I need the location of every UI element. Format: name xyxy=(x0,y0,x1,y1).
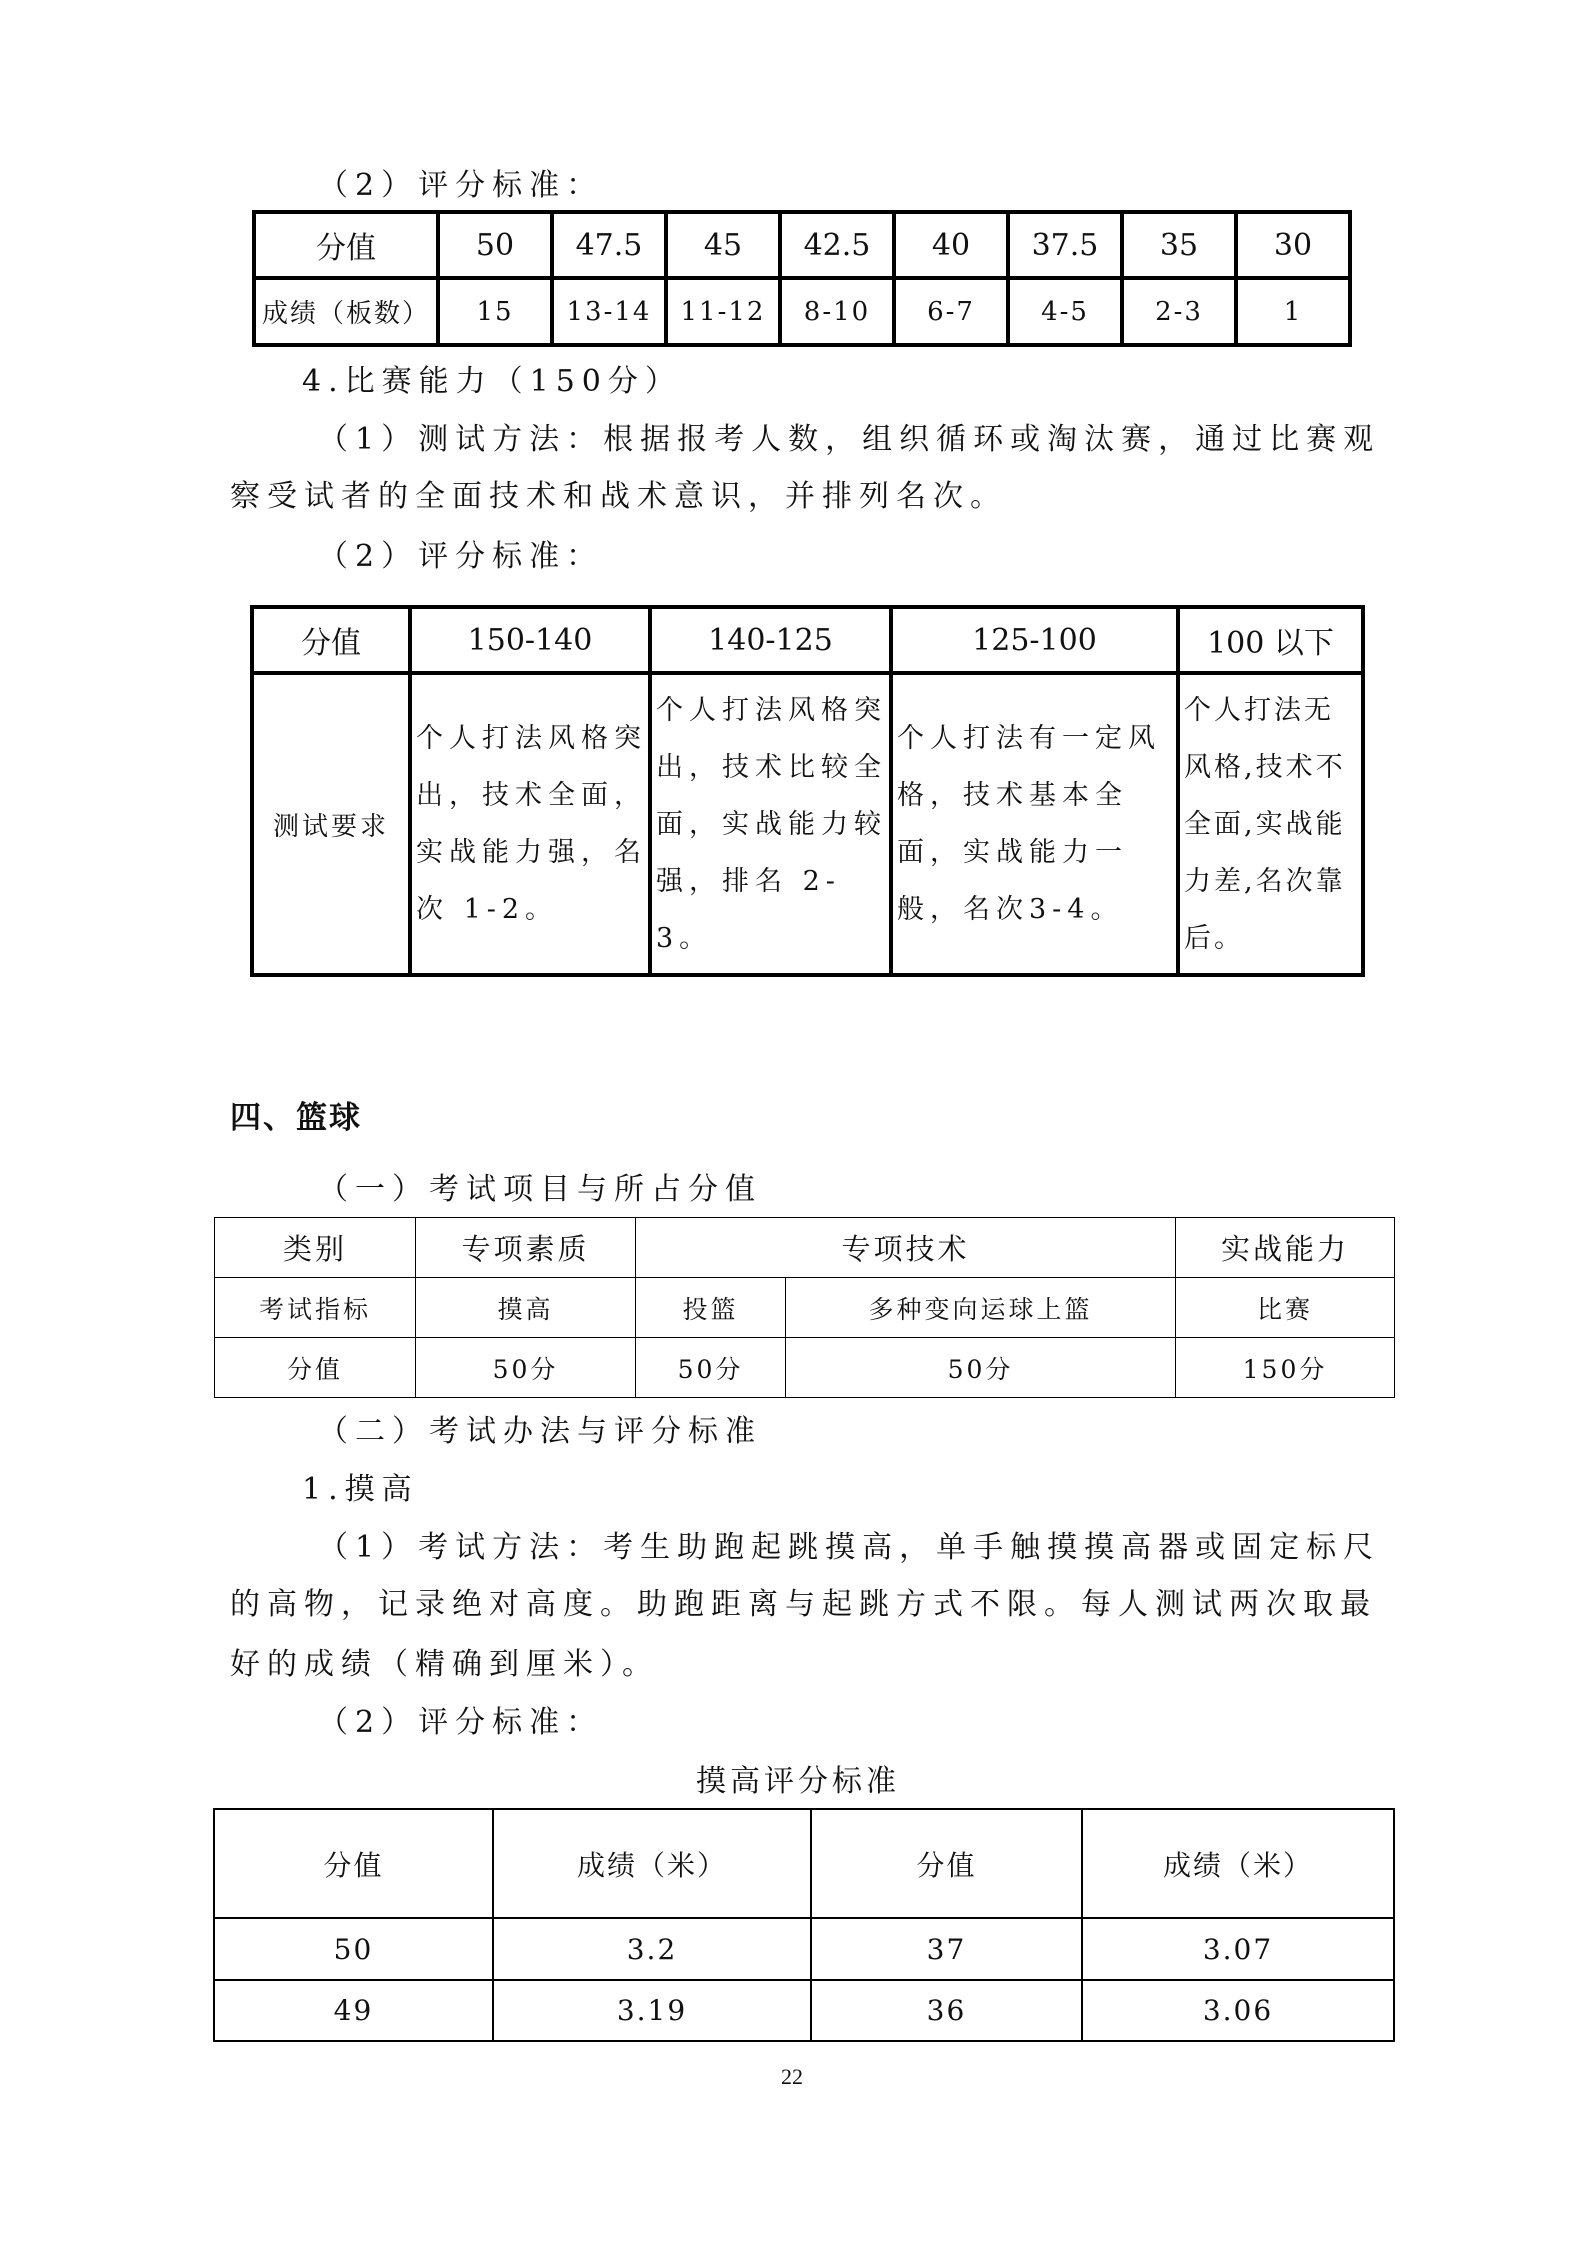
table-cell: 3.2 xyxy=(493,1918,811,1980)
table-cell: 150分 xyxy=(1176,1338,1395,1398)
table-row: 类别 专项素质 专项技术 实战能力 xyxy=(215,1218,1395,1278)
table-cell: 45 xyxy=(666,212,780,278)
table-cell: 4-5 xyxy=(1008,278,1122,345)
competition-method-line1: （1）测试方法：根据报考人数，组织循环或淘汰赛，通过比赛观 xyxy=(318,420,1380,460)
table-cell: 多种变向运球上篮 xyxy=(786,1278,1176,1338)
board-count-scoring-table: 分值 50 47.5 45 42.5 40 37.5 35 30 成绩（板数） … xyxy=(252,210,1352,347)
table-header: 专项素质 xyxy=(416,1218,636,1278)
requirement-cell: 个人打法风格突出，技术比较全面，实战能力较强，排名 2-3。 xyxy=(650,673,891,975)
table-header: 140-125 xyxy=(650,607,891,673)
table-cell: 15 xyxy=(438,278,552,345)
table-cell-label: 成绩（板数） xyxy=(254,278,438,345)
table-row: 分值 50分 50分 50分 150分 xyxy=(215,1338,1395,1398)
section-title: 四、篮球 xyxy=(230,1092,362,1137)
table-cell: 49 xyxy=(214,1980,493,2041)
table-cell: 3.06 xyxy=(1082,1980,1394,2041)
scoring-standard-label: （2）评分标准： xyxy=(318,166,603,206)
table-cell: 42.5 xyxy=(780,212,894,278)
table-header: 分值 xyxy=(214,1809,493,1918)
table-row: 分值 成绩（米） 分值 成绩（米） xyxy=(214,1809,1394,1918)
table-header: 100 以下 xyxy=(1178,607,1363,673)
table-header: 实战能力 xyxy=(1176,1218,1395,1278)
table-cell: 36 xyxy=(811,1980,1082,2041)
table-cell: 50 xyxy=(214,1918,493,1980)
page-number: 22 xyxy=(781,2064,803,2090)
table-cell: 3.07 xyxy=(1082,1918,1394,1980)
table-cell-label: 分值 xyxy=(254,212,438,278)
touch-table-title: 摸高评分标准 xyxy=(696,1762,900,1802)
table-row: 分值 50 47.5 45 42.5 40 37.5 35 30 xyxy=(254,212,1350,278)
table-cell: 比赛 xyxy=(1176,1278,1395,1338)
competition-scoring-table: 分值 150-140 140-125 125-100 100 以下 测试要求 个… xyxy=(250,605,1365,977)
table-cell-label: 考试指标 xyxy=(215,1278,416,1338)
requirement-cell: 个人打法风格突出，技术全面，实战能力强，名次 1-2。 xyxy=(410,673,650,975)
table-header: 成绩（米） xyxy=(1082,1809,1394,1918)
table-cell: 50分 xyxy=(636,1338,786,1398)
table-header: 专项技术 xyxy=(636,1218,1176,1278)
table-cell: 40 xyxy=(894,212,1008,278)
table-cell: 投篮 xyxy=(636,1278,786,1338)
table-cell-label: 分值 xyxy=(215,1338,416,1398)
table-header: 类别 xyxy=(215,1218,416,1278)
touch-method-line2: 的高物，记录绝对高度。助跑距离与起跳方式不限。每人测试两次取最 xyxy=(230,1585,1377,1625)
table-cell: 13-14 xyxy=(552,278,666,345)
table-cell: 11-12 xyxy=(666,278,780,345)
table-cell: 30 xyxy=(1236,212,1350,278)
table-row: 分值 150-140 140-125 125-100 100 以下 xyxy=(252,607,1363,673)
touch-height-scoring-table: 分值 成绩（米） 分值 成绩（米） 50 3.2 37 3.07 49 3.19… xyxy=(213,1808,1395,2042)
table-row: 考试指标 摸高 投篮 多种变向运球上篮 比赛 xyxy=(215,1278,1395,1338)
table-cell: 摸高 xyxy=(416,1278,636,1338)
table-cell: 3.19 xyxy=(493,1980,811,2041)
table-cell-label: 分值 xyxy=(252,607,410,673)
table-cell: 50分 xyxy=(786,1338,1176,1398)
competition-method-line2: 察受试者的全面技术和战术意识，并排列名次。 xyxy=(230,477,1007,517)
table-cell: 37.5 xyxy=(1008,212,1122,278)
table-cell: 47.5 xyxy=(552,212,666,278)
exam-items-table: 类别 专项素质 专项技术 实战能力 考试指标 摸高 投篮 多种变向运球上篮 比赛… xyxy=(214,1217,1395,1398)
requirement-cell: 个人打法无风格,技术不全面,实战能力差,名次靠后。 xyxy=(1178,673,1363,975)
competition-scoring-label: （2）评分标准： xyxy=(318,537,603,577)
touch-height-heading: 1.摸高 xyxy=(302,1470,419,1510)
table-cell: 2-3 xyxy=(1122,278,1236,345)
table-row: 测试要求 个人打法风格突出，技术全面，实战能力强，名次 1-2。 个人打法风格突… xyxy=(252,673,1363,975)
table-cell: 6-7 xyxy=(894,278,1008,345)
table-row: 50 3.2 37 3.07 xyxy=(214,1918,1394,1980)
requirement-cell: 个人打法有一定风格，技术基本全面，实战能力一般，名次3-4。 xyxy=(891,673,1178,975)
table-header: 成绩（米） xyxy=(493,1809,811,1918)
table-header: 分值 xyxy=(811,1809,1082,1918)
table-cell: 50分 xyxy=(416,1338,636,1398)
table-cell: 37 xyxy=(811,1918,1082,1980)
table-cell-label: 测试要求 xyxy=(252,673,410,975)
table-row: 49 3.19 36 3.06 xyxy=(214,1980,1394,2041)
table-row: 成绩（板数） 15 13-14 11-12 8-10 6-7 4-5 2-3 1 xyxy=(254,278,1350,345)
competition-heading: 4.比赛能力（150分） xyxy=(302,362,682,402)
method-heading: （二）考试办法与评分标准 xyxy=(318,1412,762,1452)
table-header: 150-140 xyxy=(410,607,650,673)
table-header: 125-100 xyxy=(891,607,1178,673)
touch-method-line3: 好的成绩（精确到厘米）。 xyxy=(230,1645,659,1685)
table-cell: 35 xyxy=(1122,212,1236,278)
items-heading: （一）考试项目与所占分值 xyxy=(318,1170,762,1210)
table-cell: 8-10 xyxy=(780,278,894,345)
touch-method-line1: （1）考试方法：考生助跑起跳摸高，单手触摸摸高器或固定标尺 xyxy=(318,1528,1380,1568)
table-cell: 1 xyxy=(1236,278,1350,345)
touch-scoring-label: （2）评分标准： xyxy=(318,1703,603,1743)
table-cell: 50 xyxy=(438,212,552,278)
